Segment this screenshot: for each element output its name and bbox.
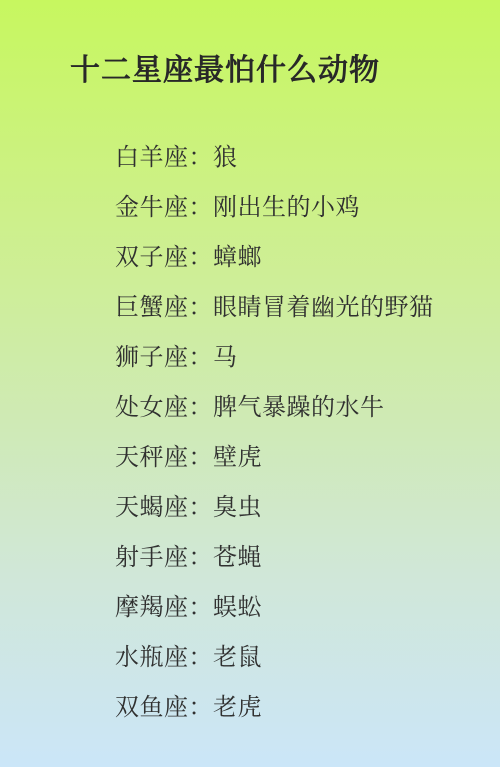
feared-animal-label: 脾气暴躁的水牛: [213, 387, 385, 422]
zodiac-sign-label: 双子座: [115, 237, 189, 272]
zodiac-sign-label: 处女座: [115, 387, 189, 422]
feared-animal-label: 刚出生的小鸡: [213, 187, 360, 222]
feared-animal-label: 老虎: [213, 687, 262, 722]
colon-separator: ：: [189, 237, 214, 272]
zodiac-sign-label: 白羊座: [115, 137, 189, 172]
feared-animal-label: 老鼠: [213, 637, 262, 672]
colon-separator: ：: [189, 637, 214, 672]
feared-animal-label: 蜈蚣: [213, 587, 262, 622]
colon-separator: ：: [189, 287, 214, 322]
list-item: 狮子座：马: [115, 329, 500, 379]
list-item: 天秤座：壁虎: [115, 429, 500, 479]
colon-separator: ：: [189, 487, 214, 522]
zodiac-sign-label: 双鱼座: [115, 687, 189, 722]
list-item: 白羊座：狼: [115, 129, 500, 179]
list-item: 双鱼座：老虎: [115, 679, 500, 729]
zodiac-sign-label: 天秤座: [115, 437, 189, 472]
feared-animal-label: 壁虎: [213, 437, 262, 472]
zodiac-sign-label: 水瓶座: [115, 637, 189, 672]
feared-animal-label: 苍蝇: [213, 537, 262, 572]
feared-animal-label: 臭虫: [213, 487, 262, 522]
list-item: 射手座：苍蝇: [115, 529, 500, 579]
feared-animal-label: 蟑螂: [213, 237, 262, 272]
list-item: 双子座：蟑螂: [115, 229, 500, 279]
colon-separator: ：: [189, 337, 214, 372]
colon-separator: ：: [189, 587, 214, 622]
zodiac-list: 白羊座：狼 金牛座：刚出生的小鸡 双子座：蟑螂 巨蟹座：眼睛冒着幽光的野猫 狮子…: [115, 129, 500, 729]
page-title: 十二星座最怕什么动物: [0, 0, 500, 90]
zodiac-sign-label: 狮子座: [115, 337, 189, 372]
zodiac-sign-label: 摩羯座: [115, 587, 189, 622]
colon-separator: ：: [189, 537, 214, 572]
colon-separator: ：: [189, 187, 214, 222]
colon-separator: ：: [189, 437, 214, 472]
colon-separator: ：: [189, 137, 214, 172]
list-item: 巨蟹座：眼睛冒着幽光的野猫: [115, 279, 500, 329]
feared-animal-label: 眼睛冒着幽光的野猫: [213, 287, 434, 322]
list-item: 处女座：脾气暴躁的水牛: [115, 379, 500, 429]
list-item: 天蝎座：臭虫: [115, 479, 500, 529]
zodiac-sign-label: 金牛座: [115, 187, 189, 222]
zodiac-poster: 十二星座最怕什么动物 白羊座：狼 金牛座：刚出生的小鸡 双子座：蟑螂 巨蟹座：眼…: [0, 0, 500, 767]
zodiac-sign-label: 天蝎座: [115, 487, 189, 522]
list-item: 金牛座：刚出生的小鸡: [115, 179, 500, 229]
zodiac-sign-label: 巨蟹座: [115, 287, 189, 322]
colon-separator: ：: [189, 687, 214, 722]
zodiac-sign-label: 射手座: [115, 537, 189, 572]
colon-separator: ：: [189, 387, 214, 422]
feared-animal-label: 狼: [213, 137, 238, 172]
feared-animal-label: 马: [213, 337, 238, 372]
list-item: 水瓶座：老鼠: [115, 629, 500, 679]
list-item: 摩羯座：蜈蚣: [115, 579, 500, 629]
